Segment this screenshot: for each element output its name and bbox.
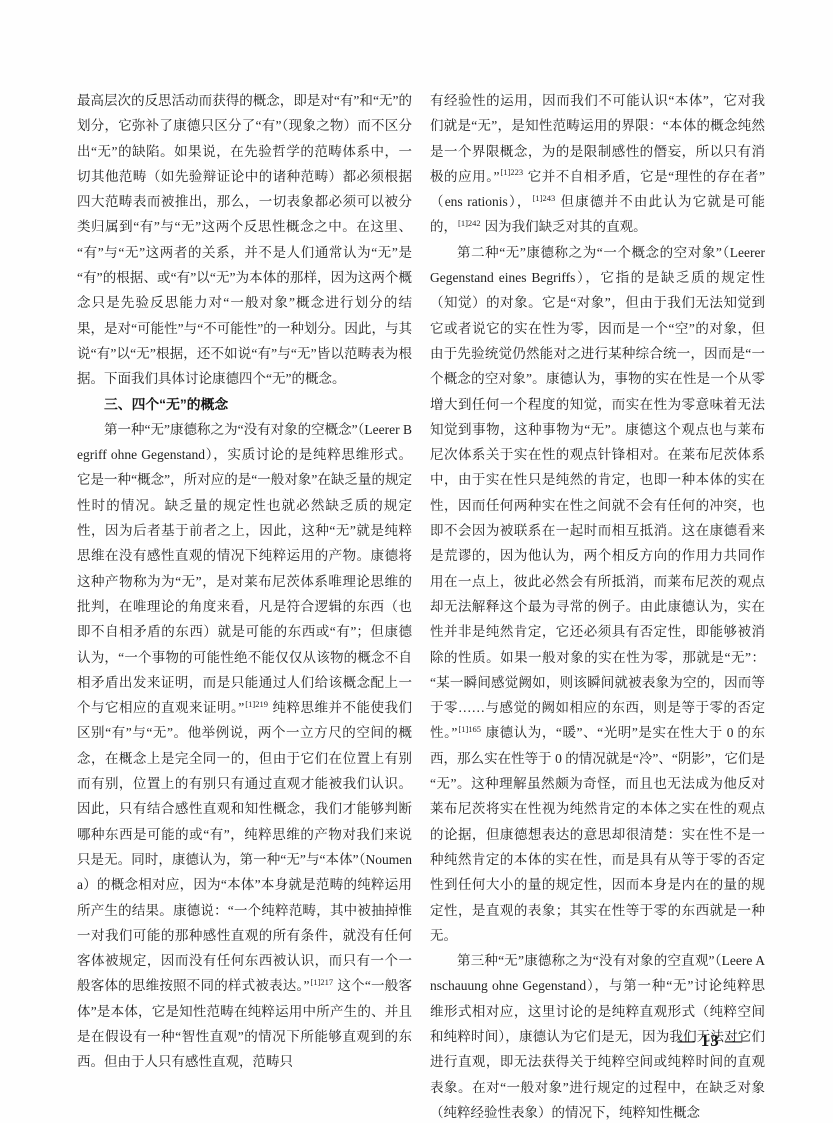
paragraph: 第一种“无”康德称之为“没有对象的空概念”（Leerer Begriff ohn… [77, 417, 412, 1075]
page: 最高层次的反思活动而获得的概念，即是对“有”和“无”的划分，它弥补了康德只区分了… [0, 0, 833, 1123]
column-right: 有经验性的运用，因而我们不可能认识“本体”，它对我们就是“无”，是知性范畴运用的… [430, 88, 765, 1123]
citation-superscript: [1]217 [311, 977, 334, 987]
paragraph: 有经验性的运用，因而我们不可能认识“本体”，它对我们就是“无”，是知性范畴运用的… [430, 88, 765, 240]
text-run: 纯粹思维并不能使我们区别“有”与“无”。他举例说，两个一立方尺的空间的概念，在概… [77, 700, 412, 993]
paragraph: 第二种“无”康德称之为“一个概念的空对象”（Leerer Gegenstand … [430, 240, 765, 948]
citation-superscript: [1]219 [245, 699, 268, 709]
text-run: 康德认为，“暖”、“光明”是实在性大于 0 的东西，那么实在性等于 0 的情况就… [430, 725, 765, 942]
text-run: 第一种“无”康德称之为“没有对象的空概念”（Leerer Begriff ohn… [77, 422, 412, 715]
citation-superscript: [1]223 [500, 167, 523, 177]
text-run: 三、四个“无”的概念 [104, 397, 228, 412]
page-body: 最高层次的反思活动而获得的概念，即是对“有”和“无”的划分，它弥补了康德只区分了… [77, 88, 765, 1123]
text-run: 因为我们缺乏对其的直观。 [485, 219, 647, 234]
citation-superscript: [1]243 [533, 193, 556, 203]
citation-superscript: [1]165 [458, 724, 481, 734]
column-left: 最高层次的反思活动而获得的概念，即是对“有”和“无”的划分，它弥补了康德只区分了… [77, 88, 412, 1123]
paragraph: 最高层次的反思活动而获得的概念，即是对“有”和“无”的划分，它弥补了康德只区分了… [77, 88, 412, 392]
text-run: 最高层次的反思活动而获得的概念，即是对“有”和“无”的划分，它弥补了康德只区分了… [77, 93, 412, 386]
section-heading: 三、四个“无”的概念 [77, 392, 412, 417]
citation-superscript: [1]242 [458, 218, 481, 228]
page-number: — 13 — [678, 1031, 744, 1051]
text-run: 第二种“无”康德称之为“一个概念的空对象”（Leerer Gegenstand … [430, 245, 765, 741]
